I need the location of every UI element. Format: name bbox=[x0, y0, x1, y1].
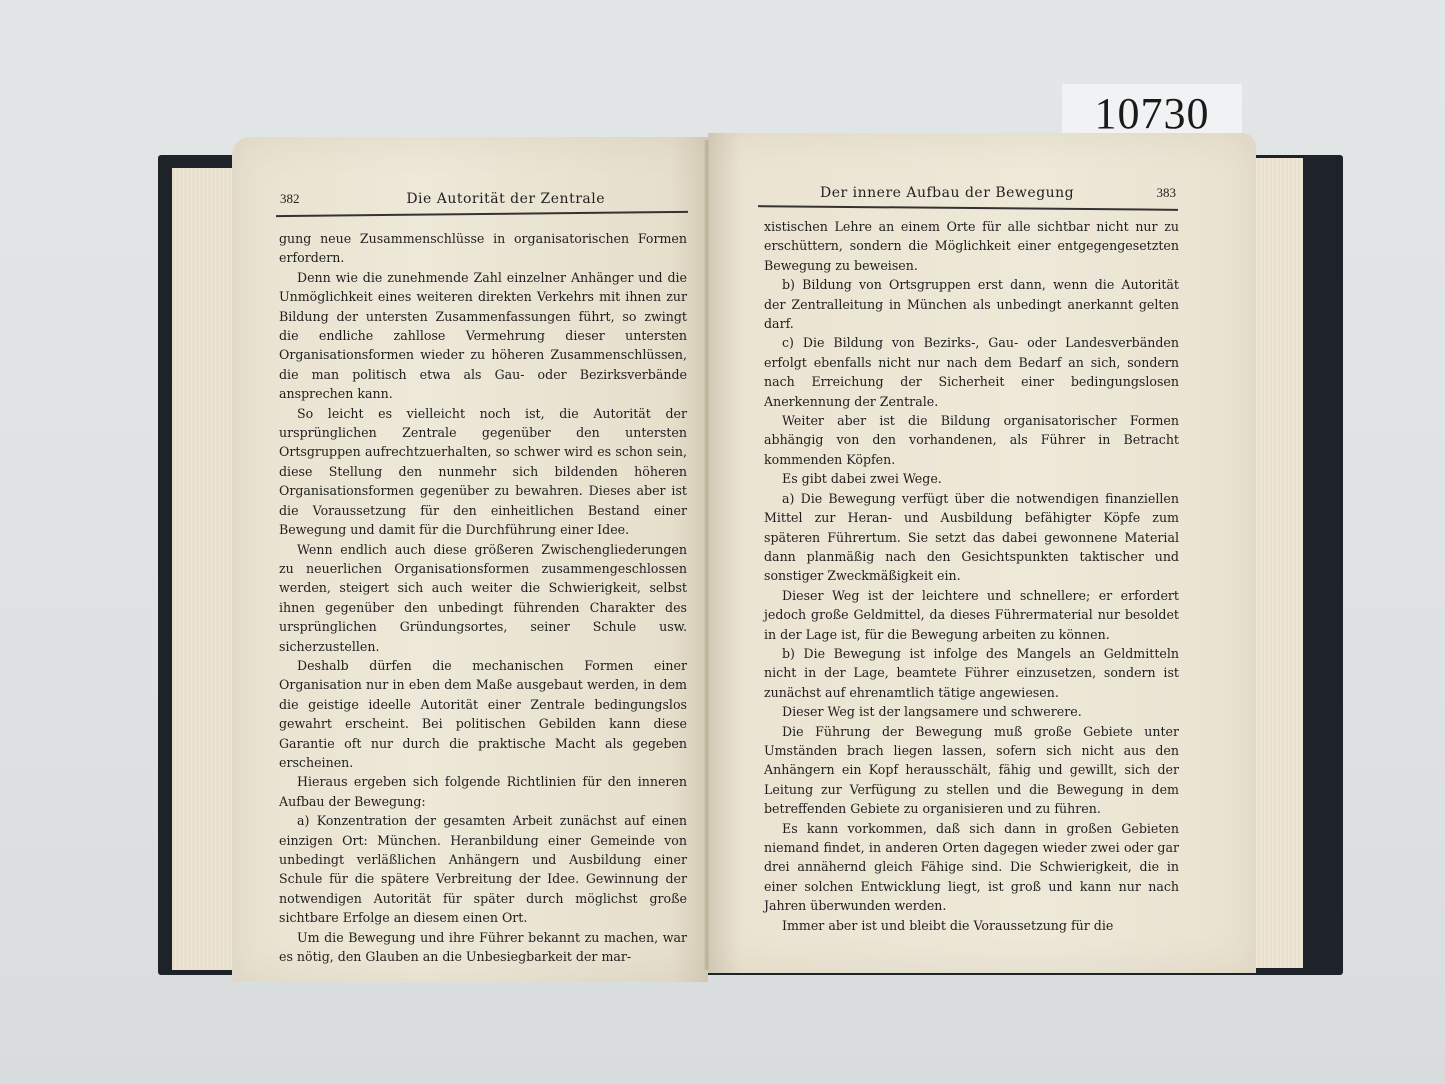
paragraph: xistischen Lehre an einem Orte für alle … bbox=[764, 217, 1179, 275]
right-page: Der innere Aufbau der Bewegung 383 xisti… bbox=[708, 133, 1256, 973]
paragraph: Dieser Weg ist der langsamere und schwer… bbox=[764, 702, 1179, 721]
paragraph: Dieser Weg ist der leichtere und schnell… bbox=[764, 586, 1179, 644]
paragraph: Es kann vorkommen, daß sich dann in groß… bbox=[764, 819, 1179, 916]
paragraph: Um die Bewegung und ihre Führer bekannt … bbox=[279, 928, 687, 967]
header-rule bbox=[276, 211, 688, 217]
inventory-number: 10730 bbox=[1095, 88, 1210, 139]
paragraph: a) Die Bewegung verfügt über die notwend… bbox=[764, 489, 1179, 586]
paragraph: gung neue Zusammenschlüsse in organisato… bbox=[279, 229, 687, 268]
paragraph: Weiter aber ist die Bildung organisatori… bbox=[764, 411, 1179, 469]
paragraph: c) Die Bildung von Bezirks-, Gau- oder L… bbox=[764, 333, 1179, 411]
page-number: 382 bbox=[280, 191, 300, 207]
paragraph: Die Führung der Bewegung muß große Gebie… bbox=[764, 722, 1179, 819]
paragraph: Hieraus ergeben sich folgende Richtlinie… bbox=[279, 772, 687, 811]
running-title: Die Autorität der Zentrale bbox=[406, 191, 605, 207]
paragraph: Immer aber ist und bleibt die Voraussetz… bbox=[764, 916, 1179, 935]
paragraph: b) Die Bewegung ist infolge des Mangels … bbox=[764, 644, 1179, 702]
right-page-header: Der innere Aufbau der Bewegung 383 bbox=[764, 185, 1176, 201]
header-rule bbox=[758, 205, 1178, 211]
paragraph: Wenn endlich auch diese größeren Zwische… bbox=[279, 540, 687, 656]
paragraph: Deshalb dürfen die mechanischen Formen e… bbox=[279, 656, 687, 772]
right-page-body: xistischen Lehre an einem Orte für alle … bbox=[764, 217, 1179, 935]
book-gutter bbox=[704, 140, 710, 970]
page-number: 383 bbox=[1157, 185, 1177, 201]
paragraph: a) Konzentration der gesamten Arbeit zun… bbox=[279, 811, 687, 927]
paragraph: Es gibt dabei zwei Wege. bbox=[764, 469, 1179, 488]
paragraph: b) Bildung von Ortsgruppen erst dann, we… bbox=[764, 275, 1179, 333]
left-page: 382 Die Autorität der Zentrale gung neue… bbox=[232, 137, 708, 982]
left-page-header: 382 Die Autorität der Zentrale bbox=[280, 191, 685, 207]
left-page-body: gung neue Zusammenschlüsse in organisato… bbox=[279, 229, 687, 966]
running-title: Der innere Aufbau der Bewegung bbox=[820, 185, 1074, 201]
paragraph: So leicht es vielleicht noch ist, die Au… bbox=[279, 404, 687, 540]
paragraph: Denn wie die zunehmende Zahl einzelner A… bbox=[279, 268, 687, 404]
